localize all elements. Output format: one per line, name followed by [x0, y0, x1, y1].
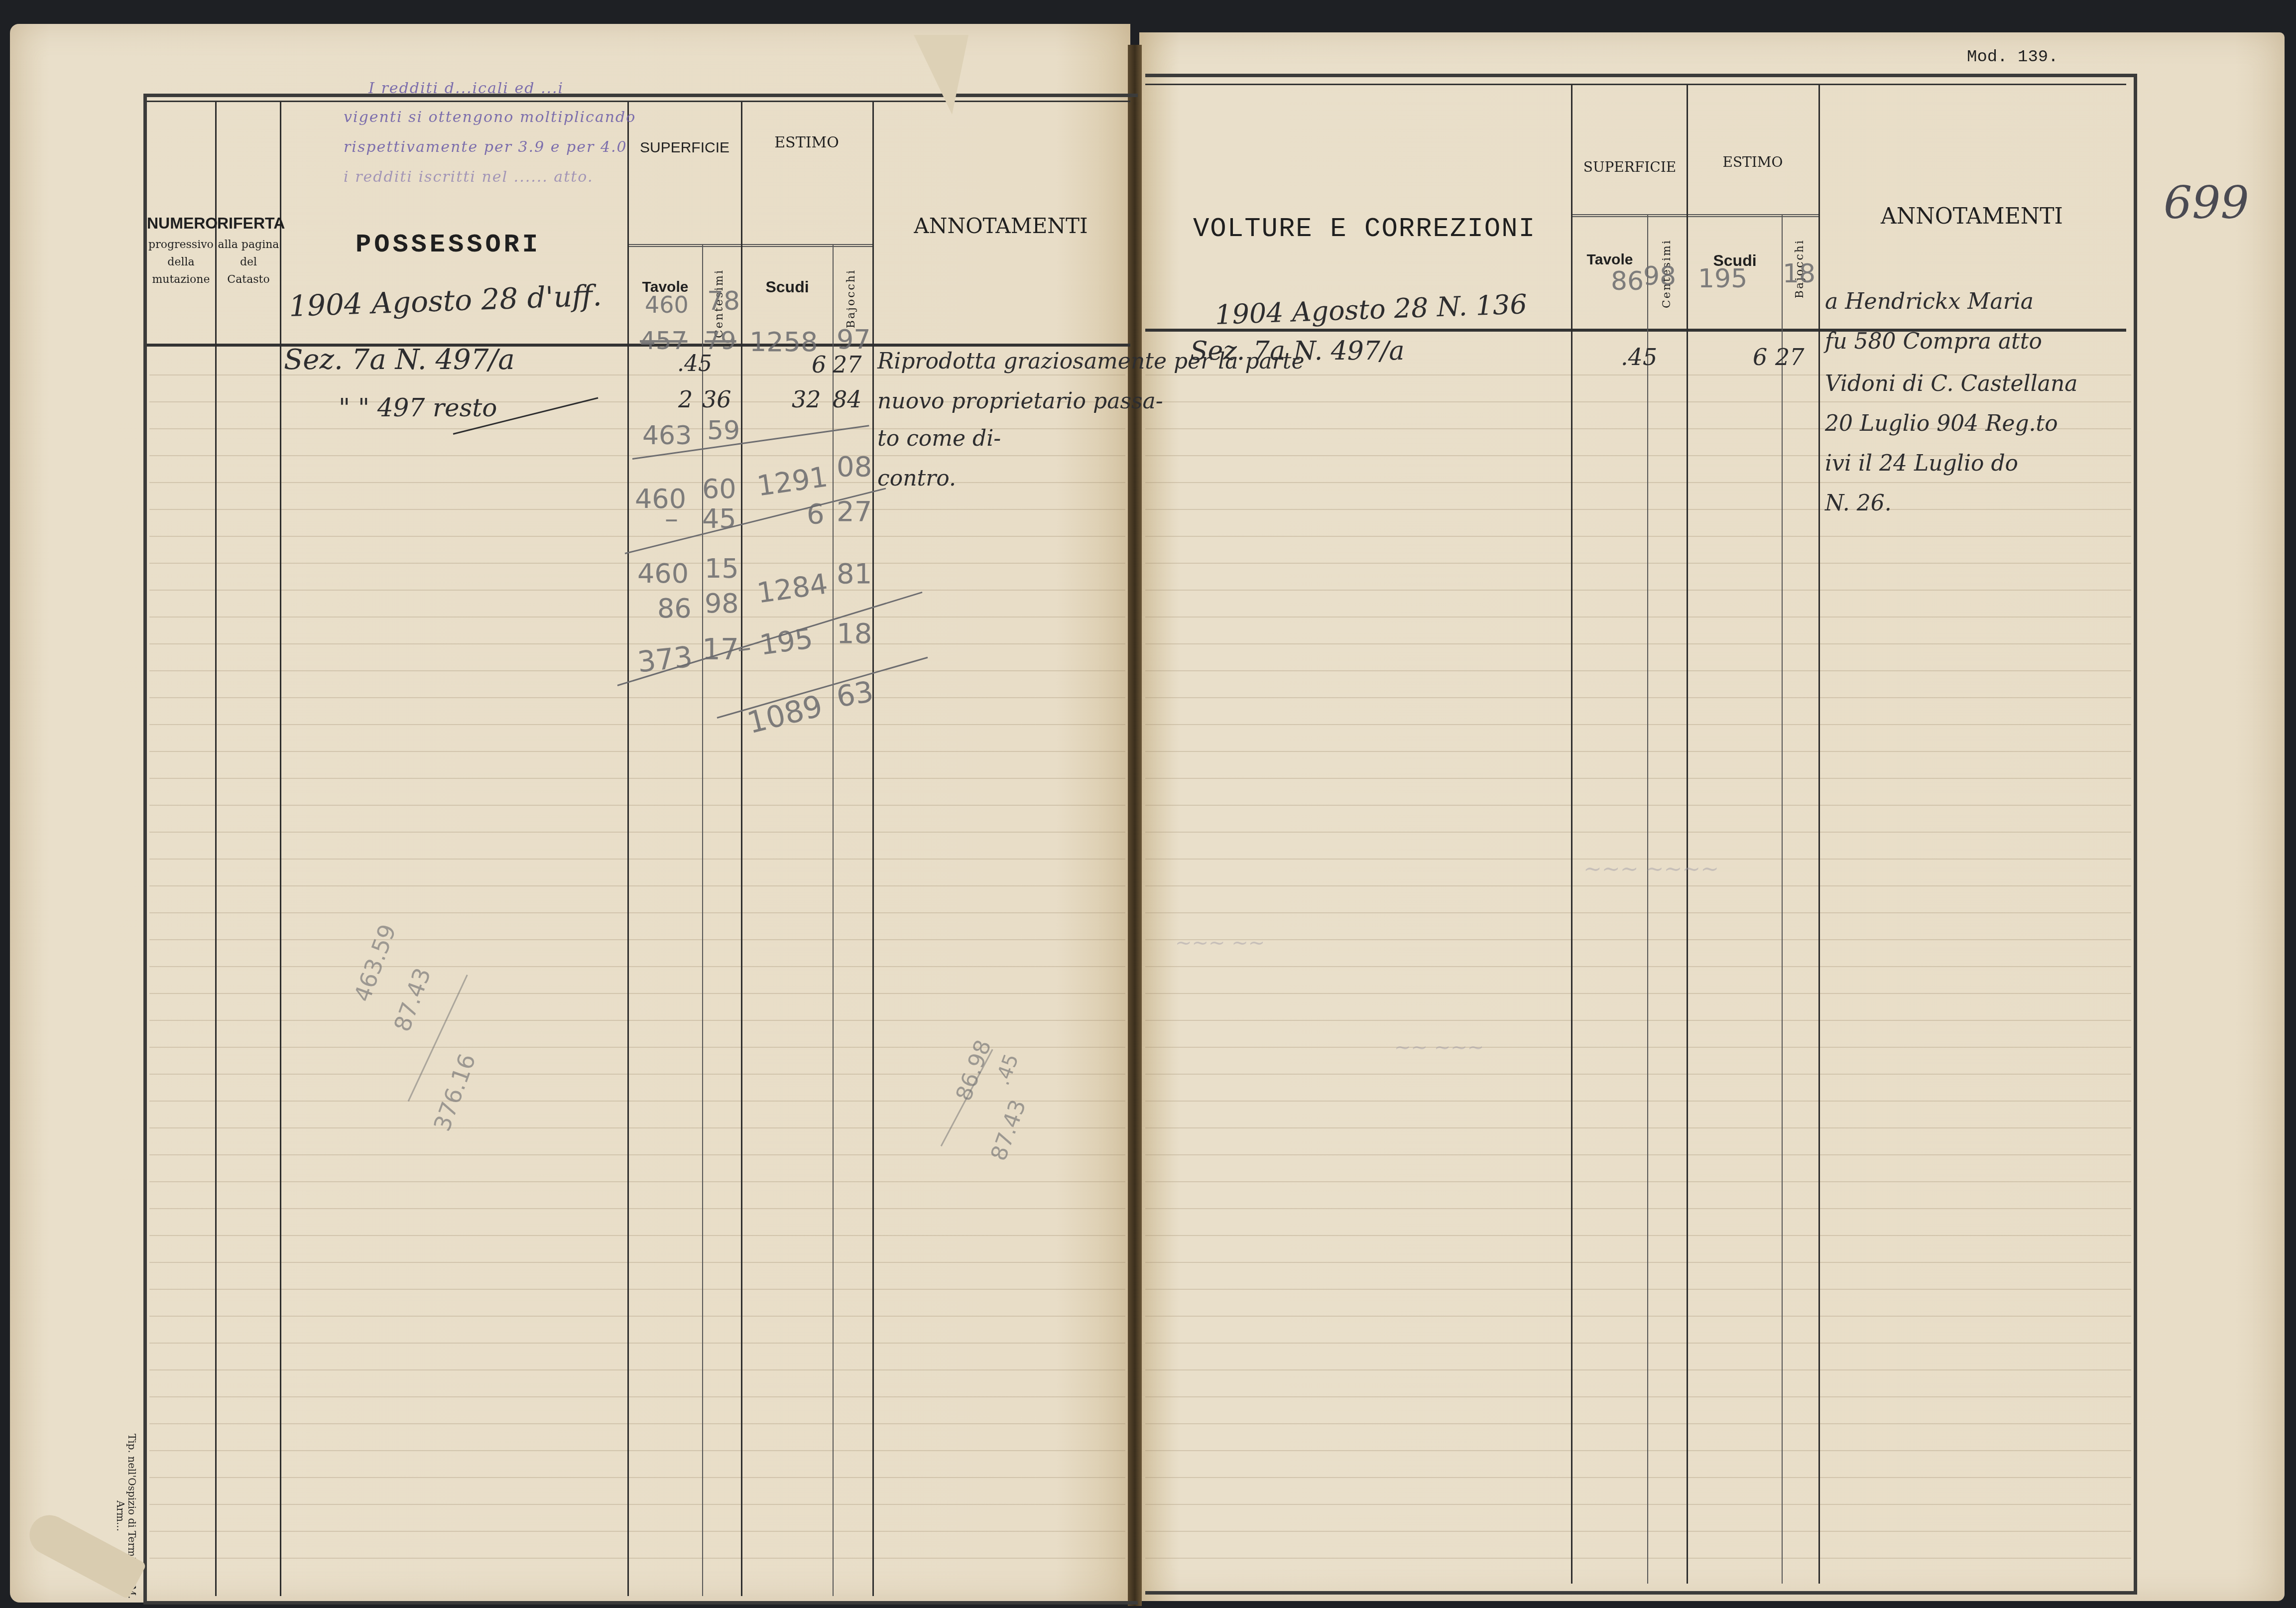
header-superficie: SUPERFICIE: [1572, 159, 1687, 175]
header-estimo: ESTIMO: [741, 134, 872, 152]
annotamenti-line: nuovo proprietario passa-: [877, 388, 1163, 414]
annotamenti-line: to come di-: [877, 426, 1001, 451]
superficie-centesimi: 15: [705, 553, 739, 584]
header-numero: NUMERO progressivo della mutazione: [147, 214, 215, 286]
superficie-tavole: –: [665, 503, 678, 534]
superficie-centesimi: .45: [1621, 344, 1657, 371]
col-divider: [1571, 85, 1572, 1584]
bleed-through-text: ~~~ ~~: [1175, 931, 1265, 954]
header-riferta: RIFERTA alla pagina del Catasto: [217, 214, 280, 286]
superficie-centesimi: 98: [1643, 261, 1676, 291]
estimo-bajocchi: 97: [837, 324, 871, 355]
left-header-top-rule: [147, 101, 1130, 102]
estimo-scudi: 6: [807, 498, 825, 530]
col-divider: [1687, 85, 1688, 1584]
header-volture: VOLTURE E CORREZIONI: [1165, 214, 1564, 245]
annotamenti-line: fu 580 Compra atto: [1825, 329, 2042, 354]
annotamenti-line: N. 26.: [1825, 491, 1892, 516]
superficie-centesimi: 78: [707, 286, 740, 316]
superficie-tavole: 86: [657, 593, 692, 624]
annotamenti-line: contro.: [877, 466, 956, 491]
estimo-bajocchi: 18: [1783, 259, 1815, 289]
form-code: Mod. 139.: [1967, 48, 2058, 67]
col-divider: [280, 102, 281, 1596]
estimo-scudi: 1258: [749, 326, 818, 358]
col-divider: [1647, 214, 1648, 1584]
header-scudi: Scudi: [742, 278, 833, 296]
superficie-centesimi: 17: [702, 632, 739, 666]
stamp-line: I redditi d...icali ed ...i: [368, 80, 564, 97]
annotamenti-line: ivi il 24 Luglio do: [1825, 451, 2018, 476]
estimo-scudi: 32: [792, 386, 821, 413]
header-estimo: ESTIMO: [1688, 154, 1817, 170]
col-divider: [741, 102, 742, 1596]
superficie-tavole: 2: [678, 386, 693, 413]
page-number: 699: [2164, 177, 2249, 229]
superficie-tavole: 460: [635, 483, 686, 514]
annotamenti-line: 20 Luglio 904 Reg.to: [1825, 411, 2058, 436]
estimo-bajocchi: 27: [833, 351, 862, 378]
header-annotamenti: ANNOTAMENTI: [874, 214, 1128, 238]
col-divider: [1782, 214, 1783, 1584]
col-divider: [833, 244, 834, 1596]
annotamenti-line: Vidoni di C. Castellana: [1825, 371, 2078, 396]
col-divider: [872, 102, 874, 1596]
estimo-bajocchi: 63: [834, 674, 876, 714]
volture-entry: Sez. 7a N. 497/a: [1190, 336, 1404, 366]
header-superficie: SUPERFICIE: [628, 139, 741, 157]
col-divider: [1818, 85, 1820, 1584]
superficie-centesimi: 60: [702, 473, 736, 504]
superficie-centesimi: .45: [677, 351, 712, 376]
superficie-tavole: 460: [637, 558, 689, 589]
annotamenti-line: a Hendrickx Maria: [1825, 289, 2034, 314]
right-header-top-rule: [1145, 84, 2126, 85]
estimo-scudi: 195: [1698, 264, 1747, 294]
superficie-tavole: 460: [645, 291, 689, 318]
superficie-tavole: 463: [642, 421, 692, 451]
estimo-bajocchi: 27: [1775, 344, 1805, 371]
estimo-bajocchi: 27: [837, 495, 872, 528]
stamp-line: i redditi iscritti nel ...... atto.: [344, 168, 593, 186]
superficie-centesimi: 59: [707, 416, 740, 446]
superficie-tavole: 86: [1611, 266, 1644, 296]
estimo-bajocchi: 18: [837, 618, 872, 650]
possessori-entry: " " 497 resto: [339, 393, 497, 422]
left-subheader-rule: [628, 244, 872, 247]
possessori-entry: Sez. 7a N. 497/a: [284, 344, 515, 376]
estimo-scudi: 6: [812, 351, 826, 378]
superficie-centesimi: 98: [705, 588, 739, 619]
stamp-line: vigenti si ottengono moltiplicando: [344, 109, 636, 126]
bleed-through-text: ~~~ ~~~~: [1583, 857, 1719, 882]
header-possessori: POSSESSORI: [319, 230, 578, 260]
estimo-bajocchi: 08: [837, 451, 872, 483]
superficie-centesimi: 36: [702, 386, 731, 413]
estimo-bajocchi: 84: [833, 386, 862, 413]
header-bajocchi: Bajocchi: [845, 269, 857, 328]
bleed-through-text: ~~ ~~~: [1394, 1036, 1484, 1059]
estimo-bajocchi: 81: [837, 558, 872, 590]
stamp-line: rispettivamente per 3.9 e per 4.0: [344, 138, 627, 156]
header-annotamenti: ANNOTAMENTI: [1822, 204, 2121, 230]
superficie-tavole: 373: [636, 639, 694, 679]
col-divider: [627, 102, 629, 1596]
col-divider: [215, 102, 217, 1596]
estimo-scudi: 6: [1753, 344, 1767, 371]
col-divider: [702, 244, 703, 1596]
